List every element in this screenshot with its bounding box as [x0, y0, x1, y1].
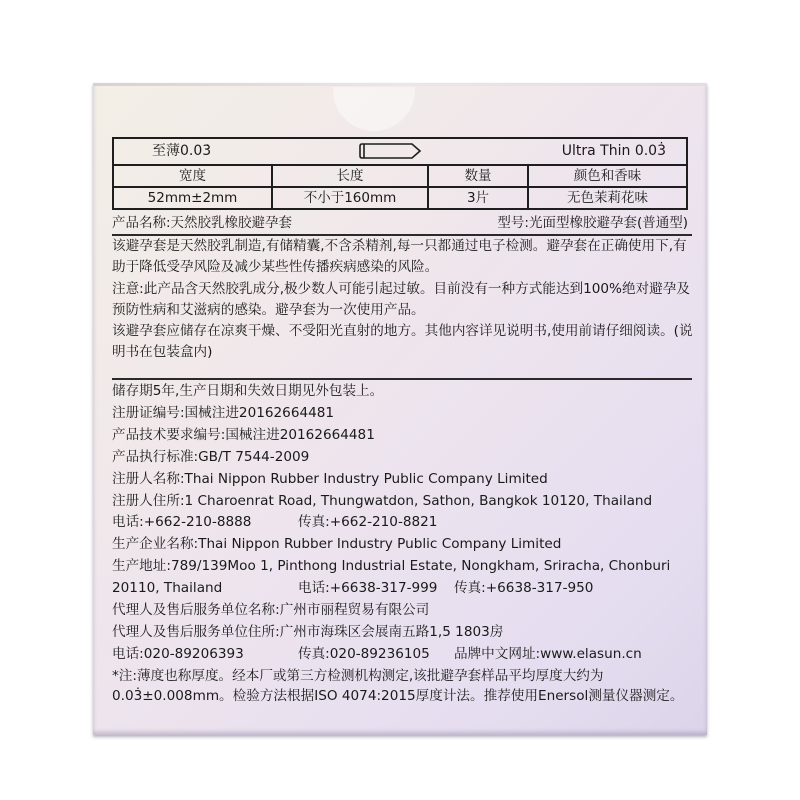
maker-contact: 20110, Thailand电话:+6638-317-999传真:+6638-…	[112, 578, 694, 600]
maker-address-2: 20110, Thailand	[112, 578, 298, 600]
product-name: 产品名称:天然胶乳橡胶避孕套	[112, 211, 292, 231]
title-chinese: 至薄0.03̇	[152, 142, 211, 160]
header-quantity: 数量	[428, 165, 528, 187]
agent-tel: 电话:020-89206393	[112, 644, 298, 666]
registrant-name: 注册人名称:Thai Nippon Rubber Industry Public…	[112, 469, 694, 491]
maker-address-1: 生产地址:789/139Moo 1, Pinthong Industrial E…	[112, 556, 694, 578]
product-name-row: 产品名称:天然胶乳橡胶避孕套 型号:光面型橡胶避孕套(普通型)	[112, 211, 688, 231]
value-color-scent: 无色茉莉花味	[528, 187, 687, 209]
registrant-address: 注册人住所:1 Charoenrat Road, Thungwatdon, Sa…	[112, 491, 694, 513]
package-back-panel: 至薄0.03̇ Ultra Thin 0.03̇ 宽度 长度 数量 颜色和香味 …	[93, 83, 707, 735]
agent-contact: 电话:020-89206393传真:020-89236105品牌中文网址:www…	[112, 644, 694, 666]
footnote-line-1: *注:薄度也称厚度。经本厂或第三方检测机构测定,该批避孕套样品平均厚度大约为	[112, 667, 694, 687]
spec-table: 至薄0.03̇ Ultra Thin 0.03̇ 宽度 长度 数量 颜色和香味 …	[112, 137, 688, 210]
value-quantity: 3片	[428, 187, 528, 209]
registrant-contact: 电话:+662-210-8888传真:+662-210-8821	[112, 512, 694, 534]
registrant-fax: 传真:+662-210-8821	[298, 514, 437, 530]
value-width: 52mm±2mm	[113, 187, 272, 209]
registration-cert: 注册证编号:国械注进20162664481	[112, 403, 694, 425]
brand-website: 品牌中文网址:www.elasun.cn	[454, 646, 642, 662]
registrant-tel: 电话:+662-210-8888	[112, 512, 298, 534]
header-color-scent: 颜色和香味	[528, 165, 687, 187]
maker-tel: 电话:+6638-317-999	[298, 578, 454, 600]
description-block: 该避孕套是天然胶乳制造,有储精囊,不含杀精剂,每一只都通过电子检测。避孕套在正确…	[112, 236, 694, 364]
maker-fax: 传真:+6638-317-950	[454, 580, 593, 596]
footnote: *注:薄度也称厚度。经本厂或第三方检测机构测定,该批避孕套样品平均厚度大约为 0…	[112, 667, 694, 706]
divider-2	[112, 378, 692, 380]
shelf-life: 储存期5年,生产日期和失效日期见外包装上。	[112, 381, 694, 403]
title-english: Ultra Thin 0.03̇	[562, 142, 666, 160]
description-p2: 注意:此产品含天然胶乳成分,极少数人可能引起过敏。目前没有一种方式能达到100%…	[112, 279, 694, 322]
header-width: 宽度	[113, 165, 272, 187]
maker-name: 生产企业名称:Thai Nippon Rubber Industry Publi…	[112, 534, 694, 556]
registration-info: 储存期5年,生产日期和失效日期见外包装上。 注册证编号:国械注进20162664…	[112, 381, 694, 666]
tech-requirement: 产品技术要求编号:国械注进20162664481	[112, 425, 694, 447]
agent-fax: 传真:020-89236105	[298, 644, 454, 666]
standard: 产品执行标准:GB/T 7544-2009	[112, 447, 694, 469]
product-model: 型号:光面型橡胶避孕套(普通型)	[497, 211, 688, 231]
condom-outline-icon	[358, 141, 424, 161]
agent-name: 代理人及售后服务单位名称:广州市丽程贸易有限公司	[112, 600, 694, 622]
footnote-line-2: 0.03̇±0.008mm。检验方法根据ISO 4074:2015厚度计法。推荐…	[112, 687, 694, 707]
value-length: 不小于160mm	[272, 187, 428, 209]
description-p1: 该避孕套是天然胶乳制造,有储精囊,不含杀精剂,每一只都通过电子检测。避孕套在正确…	[112, 236, 694, 279]
box-tab-notch	[333, 87, 415, 131]
spec-title-cell: 至薄0.03̇ Ultra Thin 0.03̇	[113, 138, 687, 165]
description-p3: 该避孕套应储存在凉爽干燥、不受阳光直射的地方。其他内容详见说明书,使用前请仔细阅…	[112, 321, 694, 364]
header-length: 长度	[272, 165, 428, 187]
agent-address: 代理人及售后服务单位住所:广州市海珠区会展南五路1,5 1803房	[112, 622, 694, 644]
